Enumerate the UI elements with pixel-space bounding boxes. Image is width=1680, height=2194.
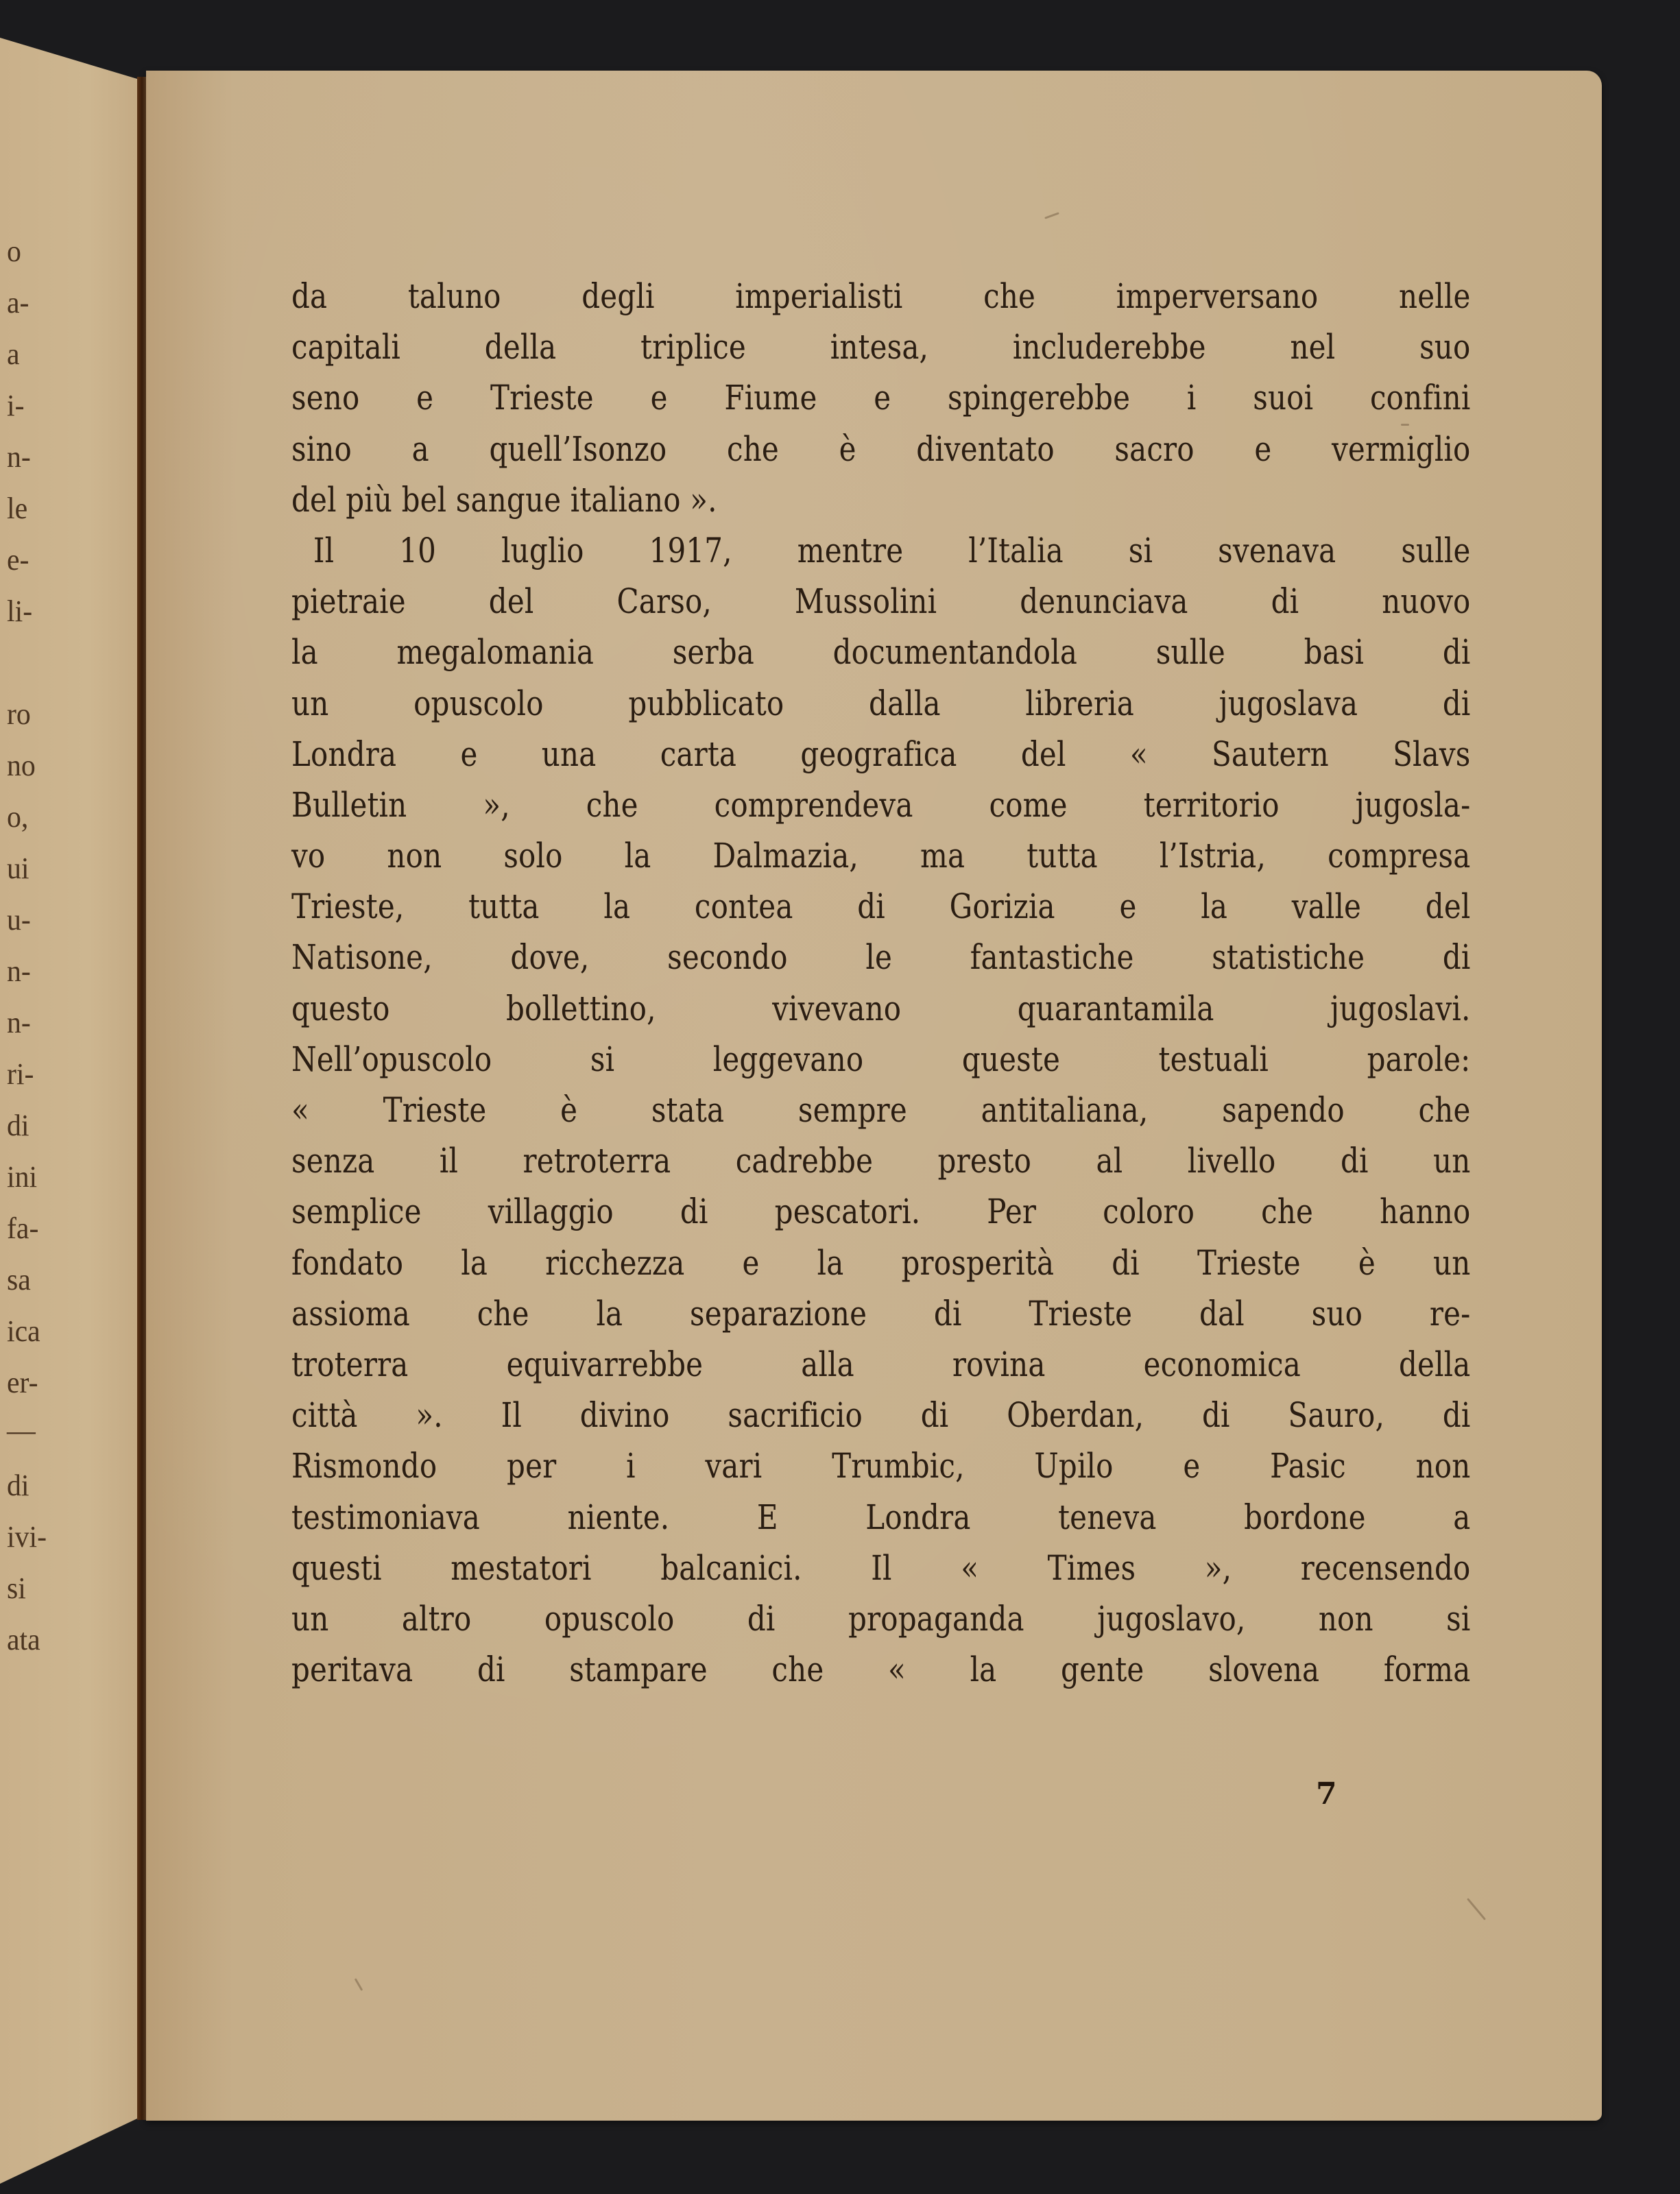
left-page-line-fragment: o	[7, 237, 21, 267]
text-line: Bulletin », che comprendeva come territo…	[291, 780, 1470, 830]
left-page-line-fragment: ini	[7, 1162, 37, 1192]
left-page-line-fragment: n-	[7, 442, 31, 472]
text-line: fondato la ricchezza e la prosperità di …	[291, 1238, 1470, 1288]
left-page-line-fragment: ri-	[7, 1059, 34, 1089]
left-page-line-fragment: le	[7, 494, 27, 524]
right-page: da taluno degli imperialisti che imperve…	[146, 71, 1602, 2121]
text-line: seno e Trieste e Fiume e spingerebbe i s…	[291, 372, 1470, 423]
page-number: 7	[1316, 1776, 1337, 1811]
text-line: senza il retroterra cadrebbe presto al l…	[291, 1135, 1470, 1186]
left-page-line-fragment: er-	[7, 1368, 38, 1398]
text-line: sino a quell’Isonzo che è diventato sacr…	[291, 424, 1470, 474]
left-page: oa-ai-n-lee-li-ronoo,uiu-n-n-ri-diinifa-…	[0, 0, 147, 2194]
text-line: questi mestatori balcanici. Il « Times »…	[291, 1543, 1470, 1593]
text-line: un altro opuscolo di propaganda jugoslav…	[291, 1593, 1470, 1644]
text-line: pietraie del Carso, Mussolini denunciava…	[291, 576, 1470, 627]
left-page-line-fragment: no	[7, 751, 36, 781]
text-line: Natisone, dove, secondo le fantastiche s…	[291, 932, 1470, 983]
left-page-line-fragment: i-	[7, 391, 25, 421]
paper-speck	[1044, 212, 1059, 219]
left-page-line-fragment: ica	[7, 1316, 40, 1347]
text-line: vo non solo la Dalmazia, ma tutta l’Istr…	[291, 830, 1470, 881]
text-line: Nell’opuscolo si leggevano queste testua…	[291, 1034, 1470, 1085]
text-line: la megalomania serba documentandola sull…	[291, 627, 1470, 677]
text-line: capitali della triplice intesa, includer…	[291, 322, 1470, 372]
text-line: Londra e una carta geografica del « Saut…	[291, 729, 1470, 780]
left-page-line-fragment: di	[7, 1111, 29, 1141]
left-page-line-fragment: —	[7, 1416, 36, 1446]
left-page-line-fragment: si	[7, 1574, 26, 1604]
text-line: del più bel sangue italiano ».	[291, 474, 1470, 525]
text-line: troterra equivarrebbe alla rovina econom…	[291, 1339, 1470, 1390]
text-line: semplice villaggio di pescatori. Per col…	[291, 1186, 1470, 1237]
text-line: da taluno degli imperialisti che imperve…	[291, 271, 1470, 322]
left-page-line-fragment: n-	[7, 956, 31, 987]
text-line: questo bollettino, vivevano quarantamila…	[291, 983, 1470, 1034]
left-page-line-fragment: u-	[7, 905, 31, 935]
left-page-line-fragment: ivi-	[7, 1522, 47, 1552]
left-page-line-fragment: ata	[7, 1625, 40, 1655]
left-page-line-fragment: sa	[7, 1265, 31, 1295]
text-line: Rismondo per i vari Trumbic, Upilo e Pas…	[291, 1440, 1470, 1491]
left-page-line-fragment: n-	[7, 1008, 31, 1038]
text-line: un opuscolo pubblicato dalla libreria ju…	[291, 678, 1470, 729]
paper-speck	[1467, 1898, 1486, 1920]
left-page-line-fragment: fa-	[7, 1214, 38, 1244]
text-line: « Trieste è stata sempre antitaliana, sa…	[291, 1085, 1470, 1135]
left-page-line-fragment: ro	[7, 699, 31, 730]
text-line: assioma che la separazione di Trieste da…	[291, 1288, 1470, 1339]
paper-speck	[355, 1978, 363, 1991]
text-line: testimoniava niente. E Londra teneva bor…	[291, 1492, 1470, 1543]
body-text: da taluno degli imperialisti che imperve…	[291, 271, 1471, 1695]
left-page-line-fragment: o,	[7, 802, 28, 832]
left-page-line-fragment: a-	[7, 288, 29, 318]
book-gutter	[137, 77, 147, 2120]
text-line: città ». Il divino sacrificio di Oberdan…	[291, 1390, 1470, 1440]
left-page-line-fragment: di	[7, 1471, 29, 1501]
left-page-line-fragment: a	[7, 339, 20, 370]
left-page-line-fragment: e-	[7, 545, 29, 575]
paper-speck	[1401, 424, 1409, 426]
text-line: Trieste, tutta la contea di Gorizia e la…	[291, 881, 1470, 932]
left-page-line-fragment: li-	[7, 596, 32, 627]
left-page-line-fragment: ui	[7, 854, 29, 884]
paragraph-start-line: Il 10 luglio 1917, mentre l’Italia si sv…	[291, 525, 1470, 576]
text-line: peritava di stampare che « la gente slov…	[291, 1644, 1470, 1695]
